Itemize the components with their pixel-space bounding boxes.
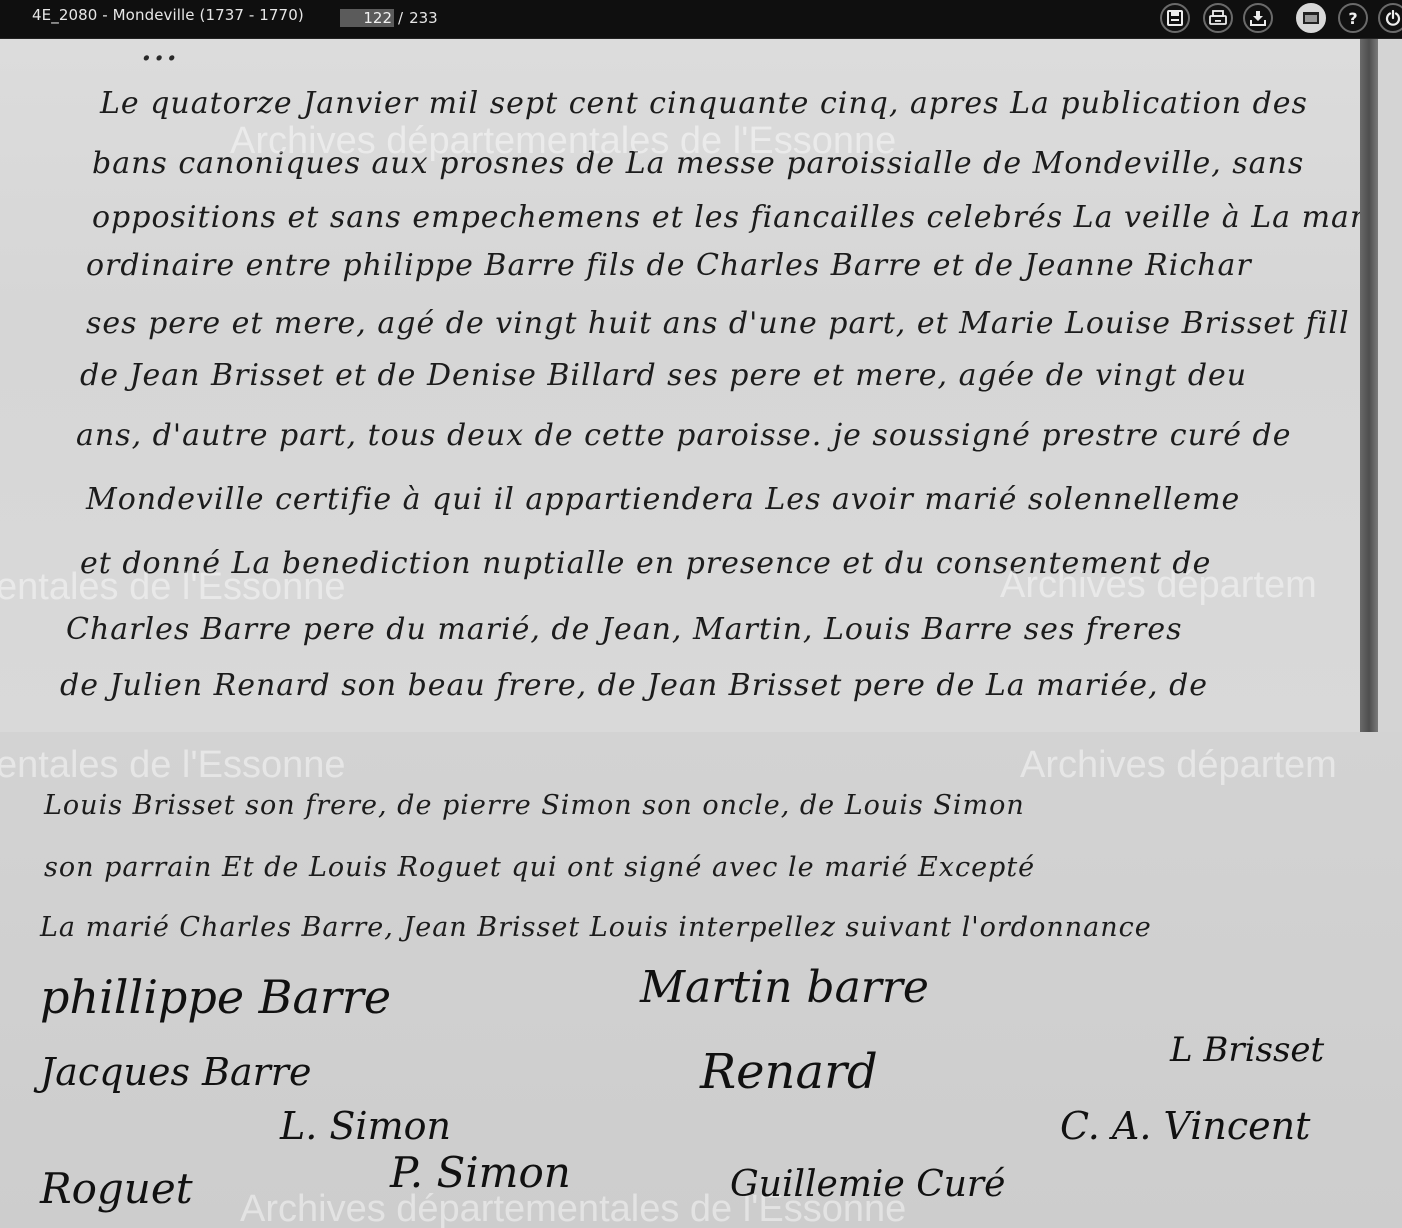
- floppy-disk-icon: [1167, 10, 1183, 26]
- signature: Renard: [700, 1044, 878, 1100]
- signature: P. Simon: [390, 1148, 571, 1197]
- manuscript-line: oppositions et sans empechemens et les f…: [92, 200, 1381, 235]
- watermark: Archives départem: [1020, 744, 1337, 787]
- signature: phillippe Barre: [40, 970, 391, 1024]
- page-binding-edge: [1360, 38, 1378, 732]
- page-separator: /: [398, 9, 403, 27]
- manuscript-line: et donné La benediction nuptialle en pre…: [80, 546, 1211, 581]
- signature: L Brisset: [1170, 1030, 1324, 1070]
- total-pages: 233: [409, 9, 438, 27]
- fullscreen-button[interactable]: [1296, 3, 1326, 33]
- heading-fragment: ...: [140, 38, 178, 70]
- manuscript-line: de Jean Brisset et de Denise Billard ses…: [80, 358, 1247, 393]
- page-number-input[interactable]: [340, 9, 394, 27]
- power-button[interactable]: [1378, 3, 1402, 33]
- manuscript-line: Le quatorze Janvier mil sept cent cinqua…: [100, 86, 1308, 121]
- printer-icon: [1209, 10, 1227, 26]
- manuscript-line: Charles Barre pere du marié, de Jean, Ma…: [66, 612, 1182, 647]
- power-icon: [1385, 10, 1401, 26]
- save-button[interactable]: [1160, 3, 1190, 33]
- page-margin: [1378, 38, 1402, 732]
- signature: Jacques Barre: [40, 1050, 311, 1094]
- window-icon: [1302, 11, 1320, 25]
- print-button[interactable]: [1203, 3, 1233, 33]
- signature: L. Simon: [280, 1104, 451, 1148]
- document-title: 4E_2080 - Mondeville (1737 - 1770): [32, 6, 304, 24]
- manuscript-line: de Julien Renard son beau frere, de Jean…: [60, 668, 1208, 703]
- signature: C. A. Vincent: [1060, 1104, 1310, 1148]
- manuscript-line: son parrain Et de Louis Roguet qui ont s…: [44, 852, 1035, 883]
- signature: Roguet: [40, 1164, 193, 1213]
- manuscript-line: ordinaire entre philippe Barre fils de C…: [86, 248, 1252, 283]
- download-button[interactable]: [1243, 3, 1273, 33]
- signature: Martin barre: [640, 962, 929, 1013]
- manuscript-line: ans, d'autre part, tous deux de cette pa…: [76, 418, 1292, 453]
- question-icon: ?: [1348, 9, 1357, 28]
- document-viewer[interactable]: ... Le quatorze Janvier mil sept cent ci…: [0, 38, 1402, 1228]
- download-icon: [1250, 10, 1266, 26]
- manuscript-line: La marié Charles Barre, Jean Brisset Lou…: [40, 912, 1152, 943]
- help-button[interactable]: ?: [1338, 3, 1368, 33]
- manuscript-page-upper: ... Le quatorze Janvier mil sept cent ci…: [0, 38, 1402, 732]
- viewer-toolbar: 4E_2080 - Mondeville (1737 - 1770) / 233…: [0, 0, 1402, 39]
- manuscript-page-lower: entales de l'Essonne Archives départem A…: [0, 732, 1402, 1228]
- manuscript-line: ses pere et mere, agé de vingt huit ans …: [86, 306, 1350, 341]
- page-navigator: / 233: [340, 8, 438, 28]
- watermark: entales de l'Essonne: [0, 744, 346, 787]
- manuscript-line: Mondeville certifie à qui il appartiende…: [86, 482, 1240, 517]
- manuscript-line: Louis Brisset son frere, de pierre Simon…: [44, 790, 1025, 821]
- signature: Guillemie Curé: [730, 1164, 1005, 1205]
- manuscript-line: bans canoniques aux prosnes de La messe …: [92, 146, 1304, 181]
